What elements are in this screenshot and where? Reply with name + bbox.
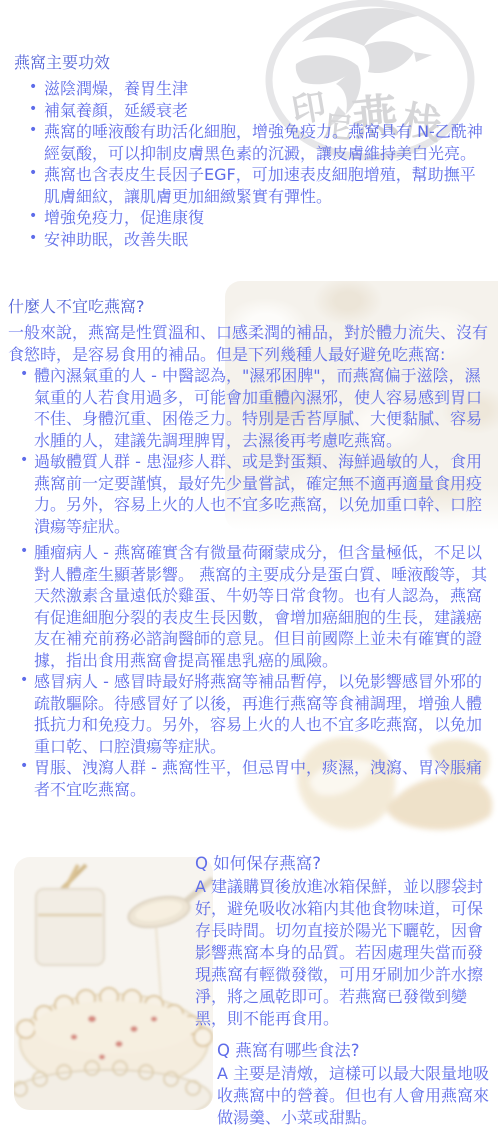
qa-answer: A 主要是清燉，這樣可以最大限量地吸收燕窩中的營養。但也有人會用燕窩來做湯羹、小… bbox=[217, 1063, 495, 1125]
qa-question: Q 如何保存燕窩? bbox=[195, 853, 489, 875]
avoid-item: 胃脹、洩瀉人群 - 燕窩性平，但忌胃中，痰濕，洩瀉、胃冷脹痛者不宜吃燕窩。 bbox=[8, 757, 490, 800]
avoid-list: 體內濕氣重的人 - 中醫認為，"濕邪困脾"，而燕窩偏于滋陰，濕氣重的人若食用過多… bbox=[8, 365, 490, 800]
birdnest-soup-photo bbox=[14, 857, 213, 1110]
soup-bowl-illustration bbox=[14, 857, 213, 1110]
benefit-item: 補氣養顏，延緩衰老 bbox=[14, 100, 486, 122]
benefits-section: 燕窩主要功效 滋陰潤燥，養胃生津 補氣養顏，延緩衰老 燕窩的唾液酸有助活化細胞，… bbox=[14, 52, 486, 250]
birdnest-info-page: 印 尼 燕 栈 bbox=[0, 0, 498, 1125]
avoid-item: 過敏體質人群 - 患湿疹人群、或是對蛋類、海鮮過敏的人，食用燕窩前一定要謹慎，最… bbox=[8, 451, 490, 537]
avoid-item: 感冒病人 - 感冒時最好將燕窩等補品暫停，以免影響感冒外邪的疏散驅除。待感冒好了… bbox=[8, 671, 490, 757]
avoid-item: 腫瘤病人 - 燕窩確實含有微量荷爾蒙成分，但含量極低，不足以對人體產生顯著影響。… bbox=[8, 542, 490, 671]
benefits-list: 滋陰潤燥，養胃生津 補氣養顏，延緩衰老 燕窩的唾液酸有助活化細胞，增強免疫力。燕… bbox=[14, 78, 486, 250]
qa-question: Q 燕窩有哪些食法? bbox=[217, 1040, 495, 1062]
avoid-intro: 一般來說，燕窩是性質溫和、口感柔潤的補品，對於體力流失、沒有食慾時，是容易食用的… bbox=[8, 322, 490, 365]
qa-answer: A 建議購買後放進冰箱保鮮，並以膠袋封好，避免吸收冰箱内其他食物味道，可保存長時… bbox=[195, 876, 489, 1030]
qa-storage: Q 如何保存燕窩? A 建議購買後放進冰箱保鮮，並以膠袋封好，避免吸收冰箱内其他… bbox=[195, 853, 489, 1030]
avoid-title: 什麼人不宜吃燕窩? bbox=[8, 296, 490, 318]
avoid-section: 什麼人不宜吃燕窩? 一般來說，燕窩是性質溫和、口感柔潤的補品，對於體力流失、沒有… bbox=[8, 296, 490, 800]
qa-recipes: Q 燕窩有哪些食法? A 主要是清燉，這樣可以最大限量地吸收燕窩中的營養。但也有… bbox=[217, 1040, 495, 1125]
benefit-item: 燕窩的唾液酸有助活化細胞，增強免疫力。燕窩具有 N-乙酰神經氨酸，可以抑制皮膚黑… bbox=[14, 121, 486, 164]
benefits-title: 燕窩主要功效 bbox=[14, 52, 486, 74]
benefit-item: 燕窩也含表皮生長因子EGF，可加速表皮細胞增殖，幫助撫平肌膚細紋，讓肌膚更加細緻… bbox=[14, 164, 486, 207]
avoid-item: 體內濕氣重的人 - 中醫認為，"濕邪困脾"，而燕窩偏于滋陰，濕氣重的人若食用過多… bbox=[8, 365, 490, 451]
benefit-item: 滋陰潤燥，養胃生津 bbox=[14, 78, 486, 100]
benefit-item: 安神助眠，改善失眠 bbox=[14, 229, 486, 251]
benefit-item: 增強免疫力，促進康復 bbox=[14, 207, 486, 229]
